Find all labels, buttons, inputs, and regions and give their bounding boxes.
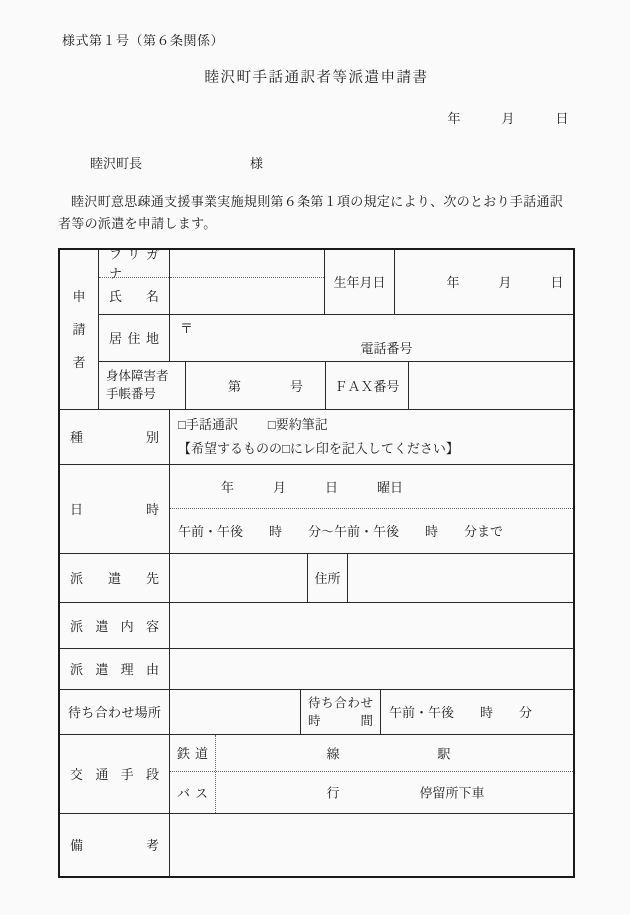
certificate-number-prefix: 第 xyxy=(228,376,241,395)
type-note: 【希望するものの□にレ印を記入してください】 xyxy=(178,437,565,460)
dispatch-content-field[interactable] xyxy=(169,603,573,648)
destination-label: 派遣先 xyxy=(60,554,169,602)
datetime-time-field[interactable]: 午前・午後 時 分～午前・午後 時 分まで xyxy=(170,509,573,553)
dispatch-content-label: 派遣内容 xyxy=(60,603,169,648)
addressee-honorific: 様 xyxy=(250,153,263,172)
form-page: 様式第１号（第６条関係） 睦沢町手話通訳者等派遣申請書 年 月 日 睦沢町長 様… xyxy=(0,0,630,915)
meeting-place-label: 待ち合わせ場所 xyxy=(60,690,169,734)
residence-field[interactable]: 〒 電話番号 xyxy=(169,315,573,361)
dispatch-content-row: 派遣内容 xyxy=(60,602,573,648)
datetime-row: 日時 年 月 日 曜日 午前・午後 時 分～午前・午後 時 分まで xyxy=(60,464,573,553)
destination-address-field[interactable] xyxy=(347,554,573,602)
transport-row: 交通手段 鉄道 線 駅 バス 行 xyxy=(60,734,573,813)
bus-stop-suffix: 停留所下車 xyxy=(419,783,484,802)
name-field[interactable] xyxy=(170,278,324,314)
page-title: 睦沢町手話通訳者等派遣申請書 xyxy=(58,66,575,87)
transport-label: 交通手段 xyxy=(60,735,169,813)
intro-paragraph: 睦沢町意思疎通支援事業実施規則第６条第１項の規定により、次のとおり手話通訳者等の… xyxy=(58,191,575,236)
applicant-group-label: 申請者 xyxy=(60,250,98,409)
datetime-date-field[interactable]: 年 月 日 曜日 xyxy=(170,465,573,509)
fax-number-field[interactable] xyxy=(408,362,573,409)
meeting-row: 待ち合わせ場所 待ち合わせ時間 午前・午後 時 分 xyxy=(60,689,573,734)
type-label: 種別 xyxy=(60,410,169,464)
birthdate-label: 生年月日 xyxy=(324,250,394,314)
transport-rail-label: 鉄道 xyxy=(170,735,216,771)
destination-row: 派遣先 住所 xyxy=(60,553,573,602)
transport-bus-field[interactable]: 行 停留所下車 xyxy=(216,772,573,813)
meeting-place-field[interactable] xyxy=(169,690,300,734)
phone-number-label: 電話番号 xyxy=(200,338,573,357)
fax-label: ＦＡＸ番号 xyxy=(325,362,408,409)
applicant-section: 申請者 フリガナ 氏名 xyxy=(60,250,573,409)
addressee-line: 睦沢町長 様 xyxy=(90,153,575,172)
type-checkbox-summary-writing[interactable]: □要約筆記 xyxy=(268,413,328,436)
meeting-time-label: 待ち合わせ時間 xyxy=(300,690,380,734)
rail-station-suffix: 駅 xyxy=(437,743,450,762)
type-checkbox-sign-language[interactable]: □手話通訳 xyxy=(178,413,238,436)
destination-address-label: 住所 xyxy=(307,554,347,602)
name-label: 氏名 xyxy=(99,278,169,314)
furigana-label: フリガナ xyxy=(99,250,169,278)
transport-bus-label: バス xyxy=(170,772,216,813)
remarks-row: 備考 xyxy=(60,813,573,876)
addressee: 睦沢町長 xyxy=(90,153,142,172)
remarks-field[interactable] xyxy=(169,814,573,876)
remarks-label: 備考 xyxy=(60,814,169,876)
transport-rail-field[interactable]: 線 駅 xyxy=(216,735,573,771)
rail-line-suffix: 線 xyxy=(327,743,340,762)
dispatch-reason-label: 派遣理由 xyxy=(60,649,169,689)
destination-name-field[interactable] xyxy=(169,554,307,602)
postal-mark: 〒 xyxy=(180,318,193,337)
certificate-number-field[interactable]: 第 号 xyxy=(185,362,325,409)
certificate-label: 身体障害者手帳番号 xyxy=(98,362,185,409)
application-table: 申請者 フリガナ 氏名 xyxy=(58,248,575,878)
type-row: 種別 □手話通訳 □要約筆記 【希望するものの□にレ印を記入してください】 xyxy=(60,409,573,464)
dispatch-reason-field[interactable] xyxy=(169,649,573,689)
furigana-field[interactable] xyxy=(170,250,324,278)
residence-label: 居住地 xyxy=(98,315,169,361)
application-date-field[interactable]: 年 月 日 xyxy=(58,108,575,127)
certificate-number-suffix: 号 xyxy=(290,376,303,395)
form-number: 様式第１号（第６条関係） xyxy=(62,30,575,49)
bus-bound-suffix: 行 xyxy=(327,783,340,802)
meeting-time-field[interactable]: 午前・午後 時 分 xyxy=(380,690,573,734)
birthdate-field[interactable]: 年 月 日 xyxy=(394,250,573,314)
dispatch-reason-row: 派遣理由 xyxy=(60,648,573,689)
datetime-label: 日時 xyxy=(60,465,169,553)
